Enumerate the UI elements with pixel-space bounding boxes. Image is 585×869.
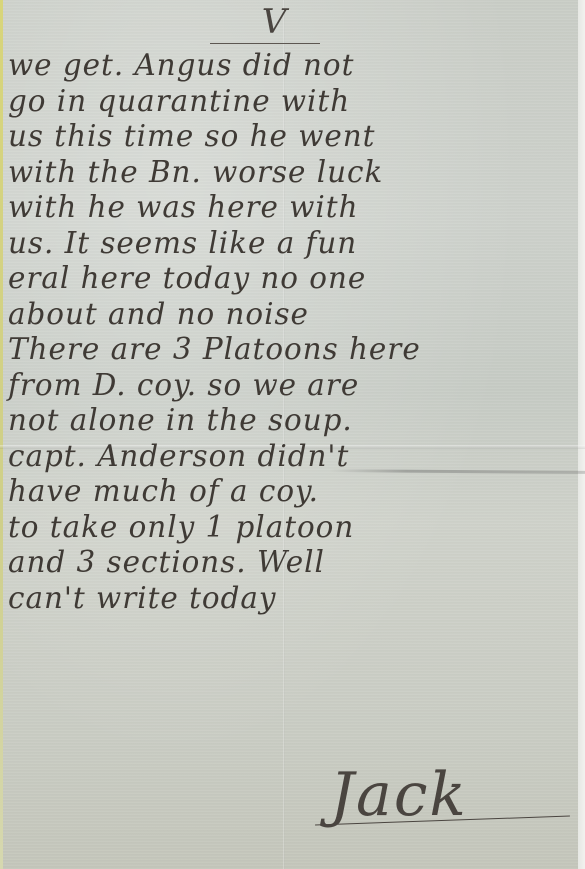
letter-line: go in quarantine with <box>8 84 557 120</box>
letter-line: have much of a coy. <box>8 474 557 510</box>
letter-body: we get. Angus did not go in quarantine w… <box>8 48 568 616</box>
letter-line: with the Bn. worse luck <box>8 155 557 191</box>
paper-right-edge <box>578 0 585 869</box>
letter-line: to take only 1 platoon <box>8 510 557 546</box>
letter-line: can't write today <box>8 581 557 617</box>
paper-left-edge <box>0 0 3 869</box>
letter-line: us this time so he went <box>8 119 557 155</box>
page-number: V <box>244 2 304 42</box>
letter-line: we get. Angus did not <box>8 48 557 84</box>
letter-line: and 3 sections. Well <box>8 545 557 581</box>
page-number-underline <box>210 43 320 44</box>
letter-line: us. It seems like a fun <box>8 226 557 262</box>
letter-line: eral here today no one <box>8 261 557 297</box>
letter-line: not alone in the soup. <box>8 403 557 439</box>
letter-line: from D. coy. so we are <box>8 368 557 404</box>
letter-line: about and no noise <box>8 297 557 333</box>
letter-line: with he was here with <box>8 190 557 226</box>
letter-line: There are 3 Platoons here <box>8 332 557 368</box>
letter-line: capt. Anderson didn't <box>8 439 557 475</box>
letter-page: V we get. Angus did not go in quarantine… <box>0 0 585 869</box>
